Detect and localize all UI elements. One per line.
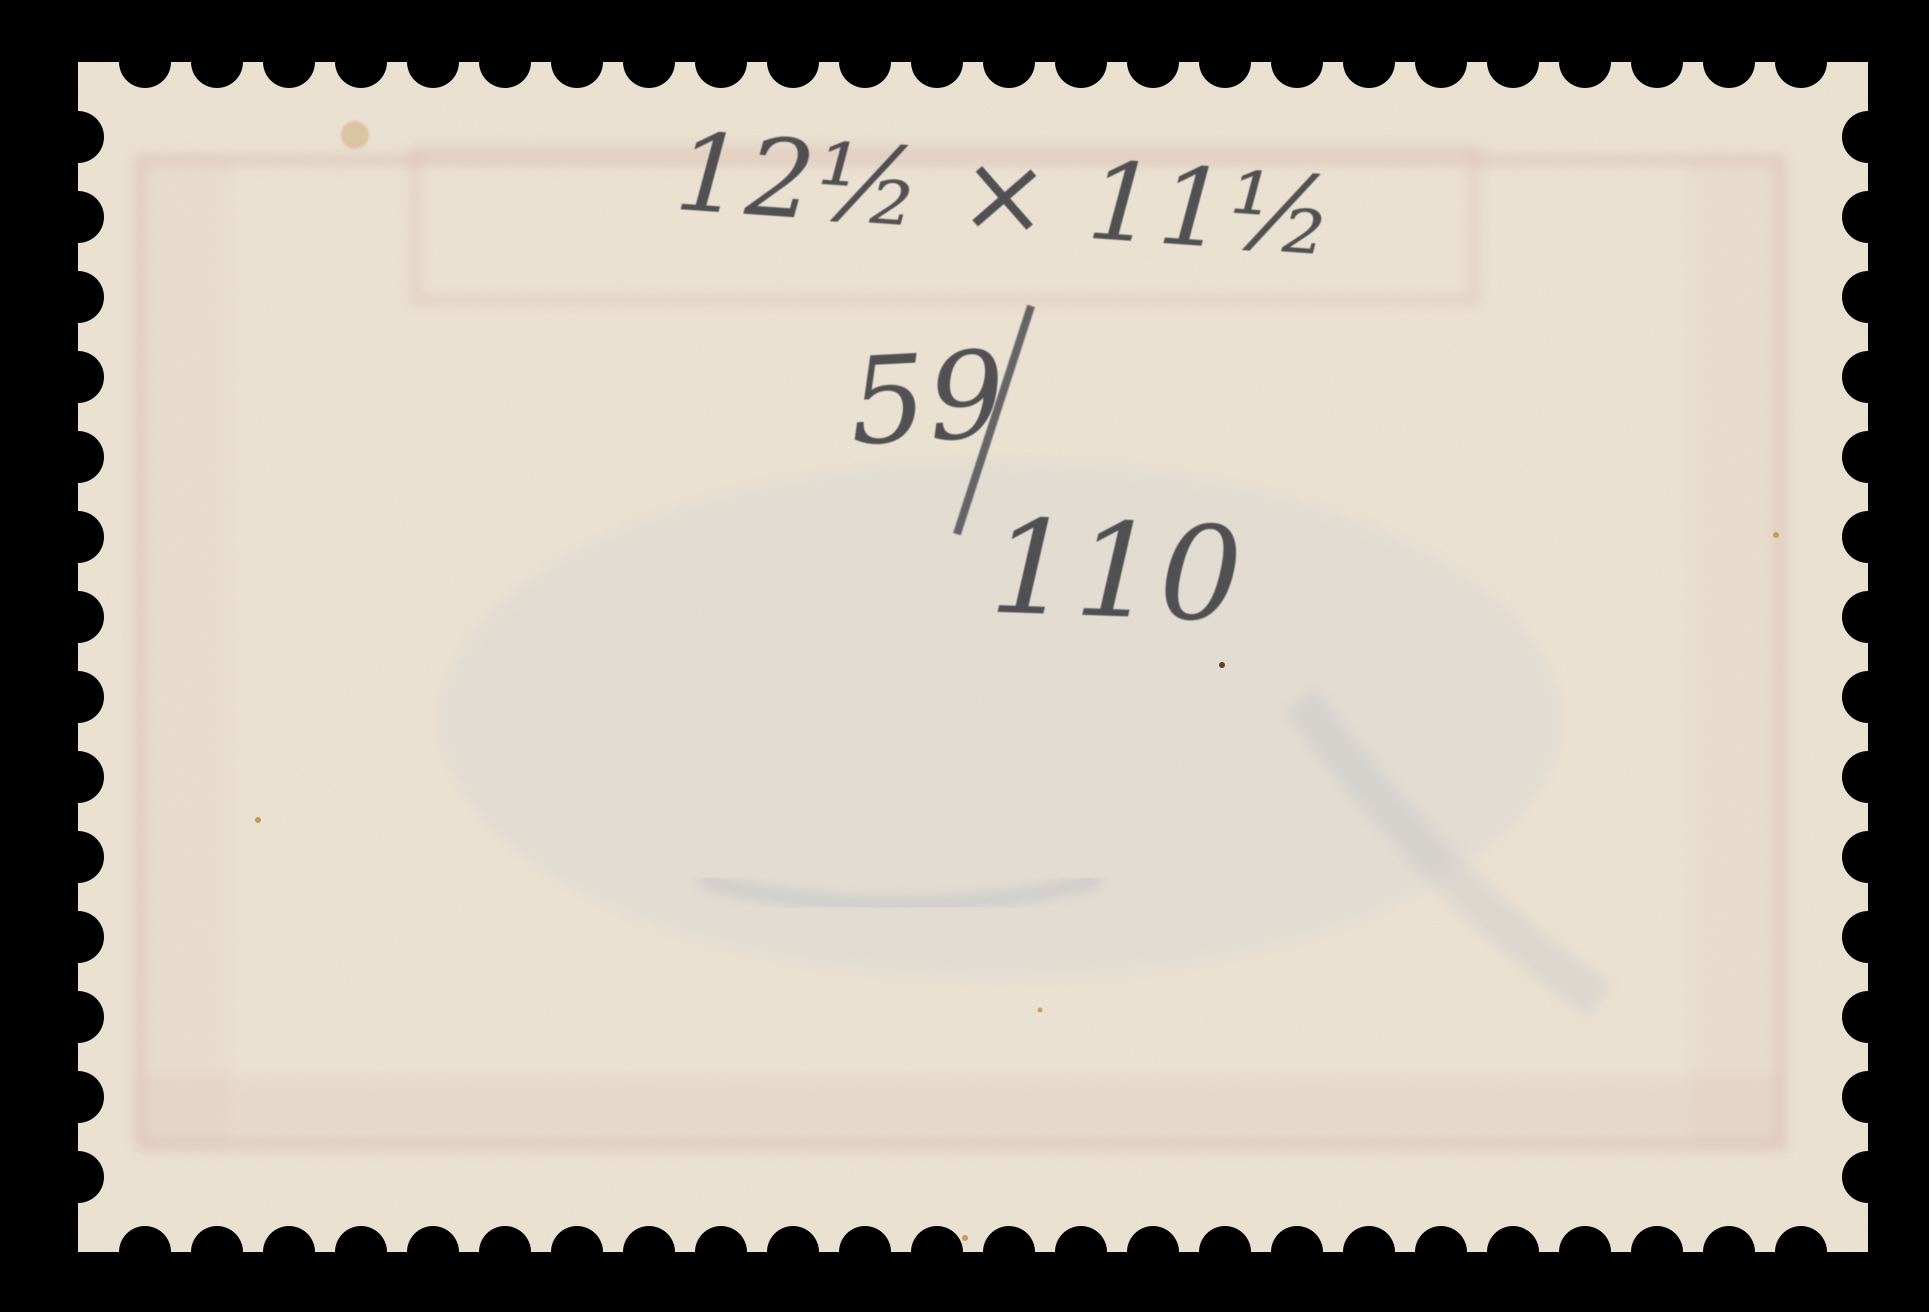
photo-scene: 12½ × 11½ 59 110	[0, 0, 1929, 1312]
stamp-back: 12½ × 11½ 59 110	[0, 0, 1929, 1312]
catalog-number-denominator: 110	[987, 491, 1246, 652]
